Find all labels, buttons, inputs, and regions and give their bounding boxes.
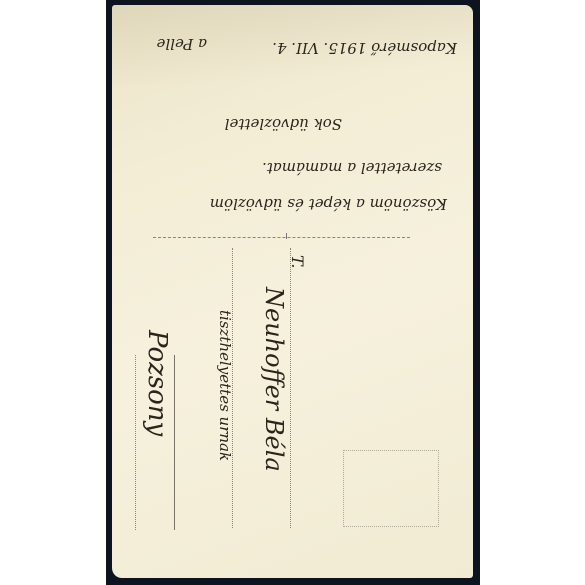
signature: a Pelle [157, 35, 207, 53]
stamp-box [343, 450, 439, 527]
message-line-3: Sok üdvözlettel [225, 115, 342, 133]
divider-line [153, 237, 410, 238]
address-line-1 [290, 248, 291, 528]
message-line-1: Köszönöm a képet és üdvözlöm [210, 195, 447, 213]
recipient-name: Neuhoffer Béla [260, 287, 288, 472]
address-line-3 [135, 355, 136, 530]
recipient-title: tiszthelyettes urnak [216, 310, 234, 461]
address-line-4 [174, 355, 175, 530]
message-line-2: szeretettel a mamámat. [262, 159, 442, 177]
date-line: Kaposmérő 1915. VII. 4. [272, 39, 457, 57]
recipient-city: Pozsony [142, 330, 172, 436]
divider-tick [286, 233, 287, 239]
postcard-back: Kaposmérő 1915. VII. 4. Köszönöm a képet… [112, 5, 473, 578]
address-prefix: T. [288, 255, 307, 268]
